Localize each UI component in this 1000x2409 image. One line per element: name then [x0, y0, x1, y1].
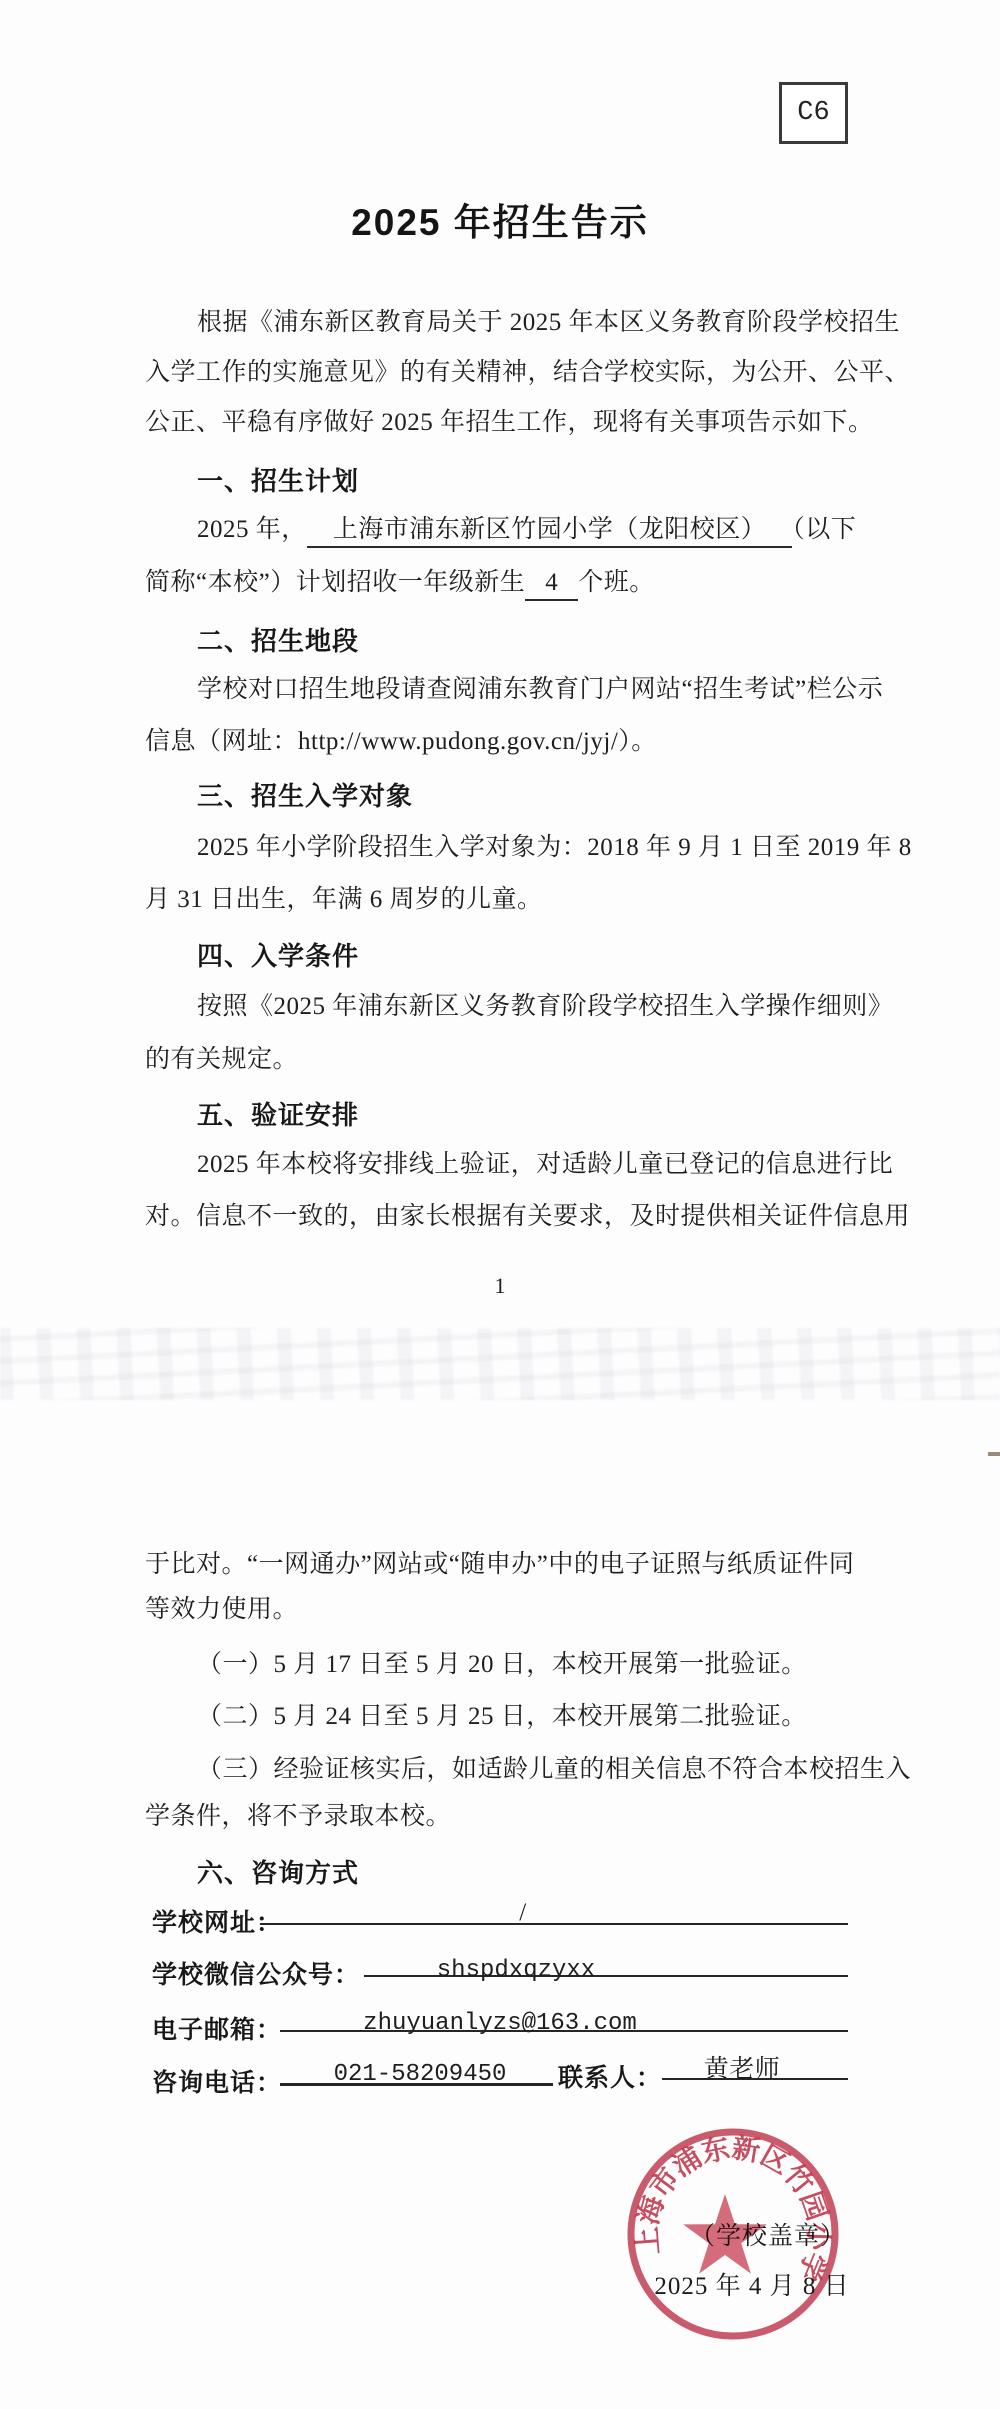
section5-cont-line-2: 等效力使用。 [145, 1593, 298, 1627]
website-underline [260, 1887, 848, 1925]
school-name-underlined: 上海市浦东新区竹园小学（龙阳校区） [307, 516, 793, 548]
section3-line-1: 2025 年小学阶段招生入学对象为：2018 年 9 月 1 日至 2019 年… [197, 831, 912, 865]
scan-edge-artifact [988, 1452, 1000, 1456]
class-count-underlined: 4 [525, 569, 578, 601]
seal-star-icon [683, 2194, 767, 2274]
section5-item-2: （二）5 月 24 日至 5 月 25 日，本校开展第二批验证。 [197, 1700, 807, 1734]
section1-line-1: 2025 年，上海市浦东新区竹园小学（龙阳校区）（以下 [197, 513, 856, 547]
page-title: 2025 年招生告示 [0, 192, 1000, 246]
section2-heading: 二、招生地段 [197, 621, 359, 658]
phone-value: 021-58209450 [334, 2061, 507, 2088]
scanned-document-page: C6 2025 年招生告示 根据《浦东新区教育局关于 2025 年本区义务教育阶… [0, 0, 1000, 2409]
section5-item-3-line-1: （三）经验证核实后，如适龄儿童的相关信息不符合本校招生入 [197, 1753, 911, 1787]
wechat-value: shspdxqzyxx [437, 1957, 595, 1984]
official-red-seal: 上海市浦东新区竹园小学 [605, 2112, 861, 2368]
intro-line-1: 根据《浦东新区教育局关于 2025 年本区义务教育阶段学校招生 [197, 306, 900, 340]
section4-line-2: 的有关规定。 [145, 1043, 298, 1077]
email-value: zhuyuanlyzs@163.com [363, 2010, 637, 2037]
section1-heading: 一、招生计划 [197, 461, 359, 498]
person-label: 联系人： [558, 2058, 662, 2094]
intro-line-2: 入学工作的实施意见》的有关精神，结合学校实际，为公开、公平、 [145, 356, 910, 390]
email-label: 电子邮箱： [152, 2010, 282, 2046]
seal-arc-text-holder: 上海市浦东新区竹园小学 [631, 2132, 834, 2285]
intro-line-3: 公正、平稳有序做好 2025 年招生工作，现将有关事项告示如下。 [145, 406, 874, 440]
section1-line2-pre: 简称“本校”）计划招收一年级新生 [145, 569, 525, 596]
scan-noise-band [0, 1328, 1000, 1400]
section5-line-1: 2025 年本校将安排线上验证，对适龄儿童已登记的信息进行比 [197, 1148, 893, 1182]
seal-arc-text: 上海市浦东新区竹园小学 [631, 2132, 834, 2285]
section1-line2-post: 个班。 [578, 569, 655, 596]
section5-line-2: 对。信息不一致的，由家长根据有关要求，及时提供相关证件信息用 [145, 1200, 910, 1234]
wechat-label: 学校微信公众号： [152, 1955, 360, 1991]
section1-line1-post: （以下 [792, 516, 856, 543]
section5-item-1: （一）5 月 17 日至 5 月 20 日，本校开展第一批验证。 [197, 1648, 807, 1682]
section5-heading: 五、验证安排 [197, 1095, 359, 1132]
section5-item-3-line-2: 学条件，将不予录取本校。 [145, 1800, 451, 1834]
section1-line-2: 简称“本校”）计划招收一年级新生4个班。 [145, 566, 655, 600]
section2-line-2: 信息（网址：http://www.pudong.gov.cn/jyj/）。 [145, 725, 657, 759]
section4-line-1: 按照《2025 年浦东新区义务教育阶段学校招生入学操作细则》 [197, 990, 893, 1024]
section4-heading: 四、入学条件 [197, 936, 359, 973]
page-number: 1 [495, 1273, 506, 1299]
section6-heading: 六、咨询方式 [197, 1853, 359, 1890]
person-value: 黄老师 [704, 2053, 781, 2087]
section3-line-2: 月 31 日出生，年满 6 周岁的儿童。 [145, 883, 543, 917]
phone-label: 咨询电话： [152, 2063, 282, 2099]
website-value: / [519, 1896, 526, 1930]
doc-code: C6 [797, 98, 829, 128]
section3-heading: 三、招生入学对象 [197, 776, 413, 813]
section1-line1-pre: 2025 年， [197, 516, 307, 543]
section5-cont-line-1: 于比对。“一网通办”网站或“随申办”中的电子证照与纸质证件同 [145, 1548, 854, 1582]
section2-line-1: 学校对口招生地段请查阅浦东教育门户网站“招生考试”栏公示 [197, 673, 883, 707]
doc-code-box: C6 [779, 82, 848, 144]
